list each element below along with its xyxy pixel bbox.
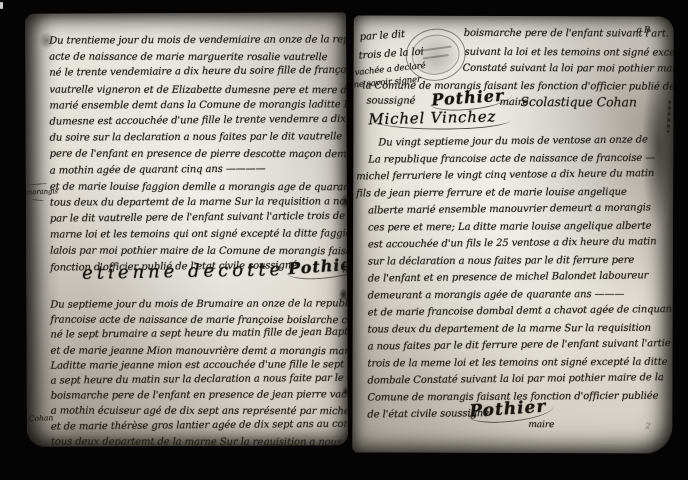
manuscript-line: par le dit vautrelle pere de l'enfant su… — [50, 208, 348, 228]
gutter-ink-mark — [341, 194, 350, 209]
manuscript-line: né le sept brumaire a sept heure du mati… — [50, 324, 348, 343]
margin-scribble — [28, 183, 48, 185]
manuscript-line: a nous faites par le dit ferrure pere de… — [368, 334, 674, 356]
manuscript-line: dumesne est accouchée d'une fille le tre… — [49, 111, 347, 131]
manuscript-line: par le dit — [359, 29, 405, 43]
signature-etienne-decotte: etienne decotte — [82, 259, 284, 284]
right-page: par le dit boismarche pere de l'enfant s… — [352, 15, 674, 453]
manuscript-line: Du vingt septieme jour du mois de ventos… — [378, 130, 674, 152]
manuscript-line: boismarche pere de l'enfant en presence … — [51, 387, 348, 404]
manuscript-line: alberte marié ensemble manouvrier demeur… — [368, 198, 674, 220]
margin-annotation-top: morangis — [26, 184, 70, 201]
signature-michel-vinchez: Michel Vinchez — [368, 107, 510, 131]
edge-smudge — [641, 68, 674, 228]
page-number: 2 — [645, 421, 650, 430]
manuscript-line: et de marie francoise dombal demt a chav… — [368, 300, 674, 322]
soussigne-label: soussigné — [366, 95, 415, 106]
manuscript-line: marne loi et les temoins qui ont signé e… — [50, 226, 348, 244]
manuscript-line: est accouchée d'un fils le 25 ventose a … — [368, 232, 674, 254]
signature-scolastique-cohan: Scolastique Cohan — [520, 94, 636, 109]
register-scan: Du trentieme jour du mois de vendemiaire… — [0, 0, 688, 480]
margin-scribble — [32, 199, 44, 201]
manuscript-line: a sept heure du matin sur la declaration… — [51, 370, 348, 389]
manuscript-line: et de marie louise faggion demlle a mora… — [50, 179, 348, 196]
signature-title-maire: maire — [342, 264, 348, 275]
act-brumaire: Du septieme jour du mois de Brumaire an … — [50, 296, 348, 447]
manuscript-line: vautrelle vigneron et de Elizabette dume… — [49, 82, 348, 99]
act-ventose: Du vingt septieme jour du mois de ventos… — [367, 134, 673, 424]
manuscript-line: Du trentieme jour du mois de vendemiaire… — [49, 32, 348, 50]
manuscript-line: né le trente vendemiaire a dix heure du … — [49, 62, 348, 82]
manuscript-line: tous deux departemt de la marne Sur la r… — [51, 434, 348, 446]
act-vendemiaire: Du trentieme jour du mois de vendemiaire… — [49, 32, 348, 277]
gutter-ink-mark — [339, 288, 348, 301]
margin-note-morangis: morangis — [26, 187, 70, 197]
manuscript-line: la Comune de morangis faisant les foncti… — [362, 80, 673, 92]
left-page: Du trentieme jour du mois de vendemiaire… — [25, 12, 348, 446]
manuscript-line: dombale Constaté suivant la loi par moi … — [367, 368, 673, 390]
manuscript-line: du soire sur la declaration a nous faite… — [50, 129, 348, 147]
margin-note-cohan: Cohan — [29, 413, 54, 423]
manuscript-line: et de marie jeanne Mion manouvrière demt… — [51, 343, 348, 359]
manuscript-line: Du septieme jour du mois de Brumaire an … — [50, 296, 348, 313]
manuscript-line: suivant la loi et les temoins ont signé … — [465, 47, 674, 59]
gutter-ink-mark — [342, 386, 350, 397]
scan-artifact-speck — [0, 2, 3, 9]
corner-mark: c B — [637, 25, 650, 35]
manuscript-line: de l'enfant et en presence de michel Bal… — [368, 266, 674, 288]
signature-title-maire: maire — [528, 420, 554, 430]
